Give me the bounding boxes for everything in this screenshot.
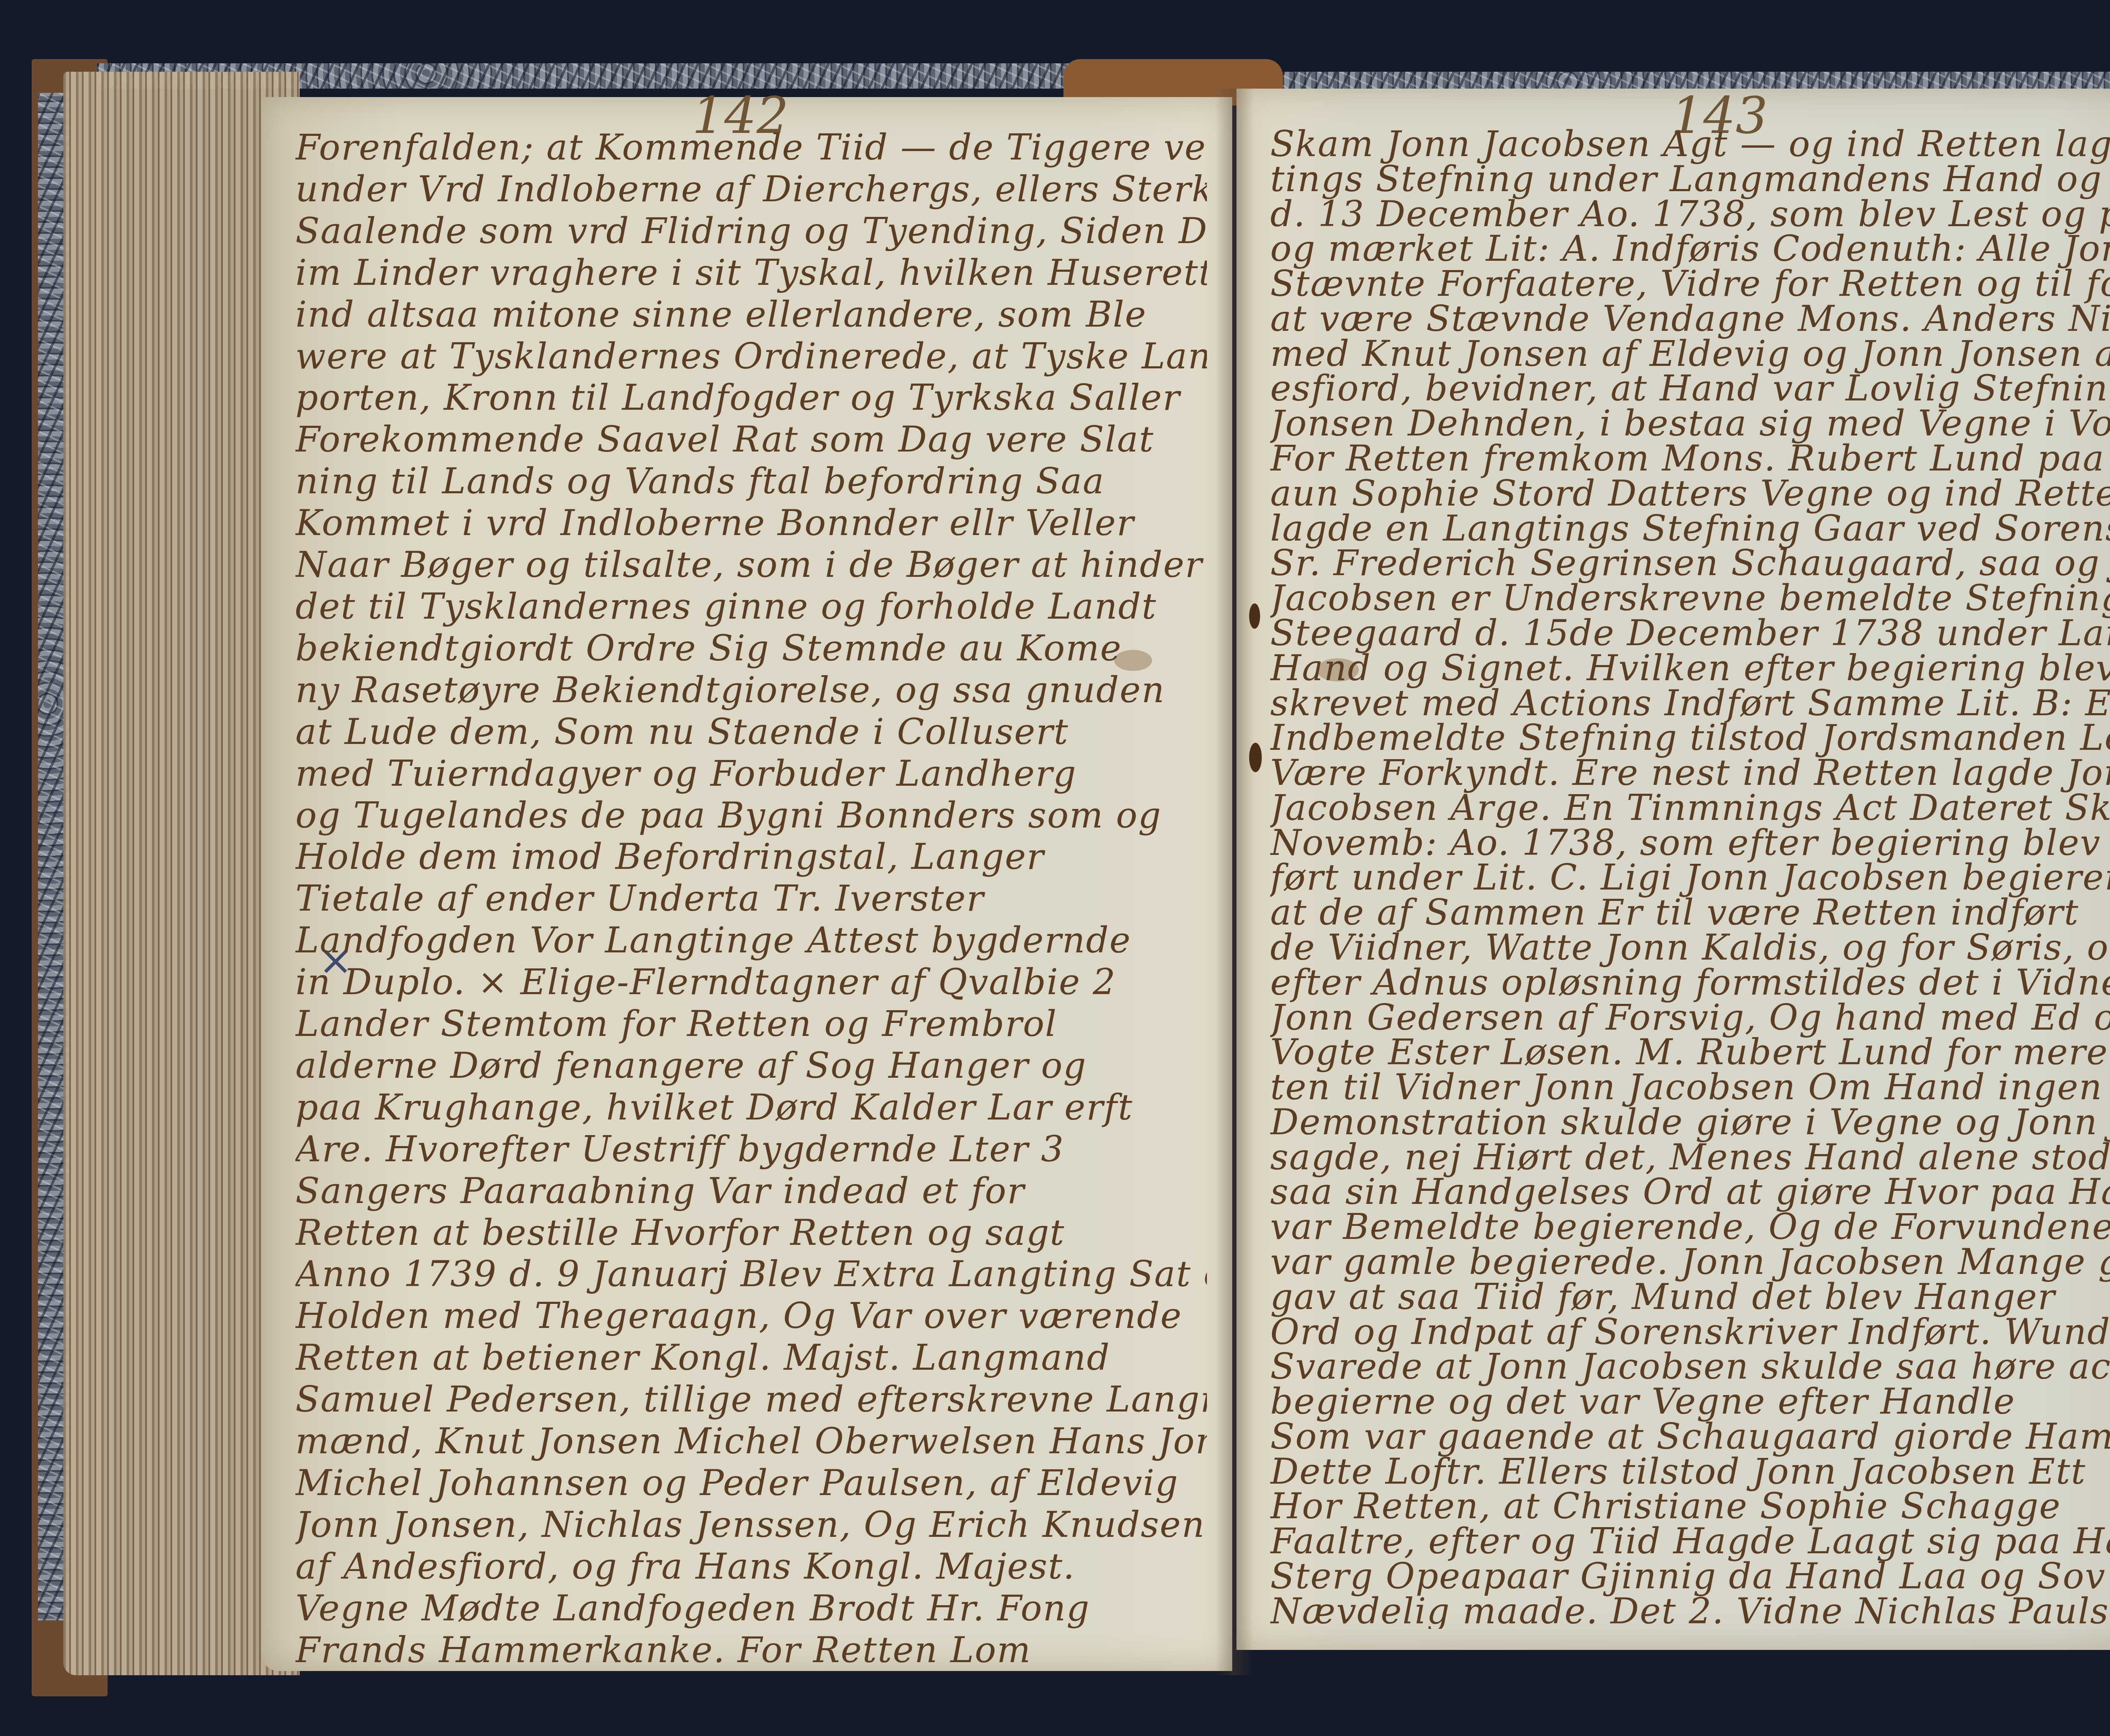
manuscript-line: det til Tysklandernes ginne og forholde … bbox=[295, 586, 1207, 627]
manuscript-line: de Viidner, Watte Jonn Kaldis, og for Sø… bbox=[1270, 930, 2110, 965]
manuscript-line: gav at saa Tiid før, Mund det blev Hange… bbox=[1270, 1279, 2110, 1314]
manuscript-line: Være Forkyndt. Ere nest ind Retten lagde… bbox=[1270, 755, 2110, 790]
manuscript-line: ten til Vidner Jonn Jacobsen Om Hand ing… bbox=[1270, 1070, 2110, 1105]
manuscript-line: og Tugelandes de paa Bygni Bonnders som … bbox=[295, 795, 1207, 836]
manuscript-line: under Vrd Indloberne af Dierchergs, elle… bbox=[295, 168, 1207, 210]
manuscript-line: mænd, Knut Jonsen Michel Oberwelsen Hans… bbox=[295, 1420, 1207, 1462]
manuscript-line: Are. Hvorefter Uestriff bygdernde Lter 3 bbox=[295, 1128, 1207, 1170]
manuscript-line: Forekommende Saavel Rat som Dag vere Sla… bbox=[295, 419, 1207, 460]
manuscript-line: Vogte Ester Løsen. M. Rubert Lund for me… bbox=[1270, 1035, 2110, 1070]
manuscript-line: tings Stefning under Langmandens Hand og… bbox=[1270, 162, 2110, 197]
manuscript-line: Jonsen Dehnden, i bestaa sig med Vegne i… bbox=[1270, 406, 2110, 441]
ink-blot bbox=[1249, 603, 1260, 629]
manuscript-line: For Retten fremkom Mons. Rubert Lund paa… bbox=[1270, 441, 2110, 476]
manuscript-line: paa Krughange, hvilket Dørd Kalder Lar e… bbox=[295, 1087, 1207, 1128]
manuscript-line: Svarede at Jonn Jacobsen skulde saa høre… bbox=[1270, 1349, 2110, 1384]
manuscript-line: Landfogden Vor Langtinge Attest bygdernd… bbox=[295, 919, 1207, 961]
book-gutter bbox=[1215, 89, 1253, 1675]
manuscript-line: Demonstration skulde giøre i Vegne og Jo… bbox=[1270, 1105, 2110, 1140]
manuscript-line: Sangers Paaraabning Var indead et for bbox=[295, 1170, 1207, 1212]
manuscript-line: Steegaard d. 15de December 1738 under La… bbox=[1270, 616, 2110, 651]
manuscript-line: Jonn Gedersen af Forsvig, Og hand med Ed… bbox=[1270, 1000, 2110, 1035]
manuscript-line: med Tuierndagyer og Forbuder Landherg bbox=[295, 753, 1207, 795]
manuscript-line: Sr. Frederich Segrinsen Schaugaard, saa … bbox=[1270, 546, 2110, 581]
manuscript-line: Nævdelig maade. Det 2. Vidne Nichlas Pau… bbox=[1270, 1594, 2110, 1629]
manuscript-line: porten, Kronn til Landfogder og Tyrkska … bbox=[295, 377, 1207, 419]
open-book: 142 143 × Forenfalden; at Kommende Tiid … bbox=[0, 0, 2110, 1736]
manuscript-line: Faaltre, efter og Tiid Hagde Laagt sig p… bbox=[1270, 1524, 2110, 1559]
manuscript-line: Stævnte Forfaatere, Vidre for Retten og … bbox=[1270, 266, 2110, 301]
manuscript-line: saa sin Handgelses Ord at giøre Hvor paa… bbox=[1270, 1174, 2110, 1209]
manuscript-line: Retten at bestille Hvorfor Retten og sag… bbox=[295, 1212, 1207, 1254]
manuscript-line: im Linder vraghere i sit Tyskal, hvilken… bbox=[295, 252, 1207, 294]
manuscript-line: ny Rasetøyre Bekiendtgiorelse, og ssa gn… bbox=[295, 669, 1207, 711]
ink-blot bbox=[1249, 743, 1262, 772]
manuscript-line: sagde, nej Hiørt det, Menes Hand alene s… bbox=[1270, 1140, 2110, 1175]
manuscript-line: Hand og Signet. Hvilken efter begiering … bbox=[1270, 651, 2110, 686]
manuscript-line: Vegne Mødte Landfogeden Brodt Hr. Fong bbox=[295, 1587, 1207, 1629]
manuscript-line: alderne Dørd fenangere af Sog Hanger og bbox=[295, 1045, 1207, 1087]
manuscript-line: Jonn Jonsen, Nichlas Jenssen, Og Erich K… bbox=[295, 1504, 1207, 1546]
manuscript-line: Lander Stemtom for Retten og Frembrol bbox=[295, 1003, 1207, 1045]
manuscript-line: Saalende som vrd Flidring og Tyending, S… bbox=[295, 210, 1207, 252]
right-page-text: Skam Jonn Jacobsen Agt — og ind Retten l… bbox=[1270, 127, 2110, 1629]
manuscript-line: Kommet i vrd Indloberne Bonnder ellr Vel… bbox=[295, 502, 1207, 544]
manuscript-line: esfiord, bevidner, at Hand var Lovlig St… bbox=[1270, 371, 2110, 406]
manuscript-line: Dette Loftr. Ellers tilstod Jonn Jacobse… bbox=[1270, 1454, 2110, 1489]
manuscript-line: Sterg Opeapaar Gjinnig da Hand Laa og So… bbox=[1270, 1559, 2110, 1594]
manuscript-line: af Andesfiord, og fra Hans Kongl. Majest… bbox=[295, 1546, 1207, 1587]
manuscript-line: med Knut Jonsen af Eldevig og Jonn Jonse… bbox=[1270, 336, 2110, 371]
manuscript-line: Holden med Thegeraagn, Og Var over væren… bbox=[295, 1295, 1207, 1337]
manuscript-line: in Duplo. × Elige-Flerndtagner af Qvalbi… bbox=[295, 961, 1207, 1003]
manuscript-line: Anno 1739 d. 9 Januarj Blev Extra Langti… bbox=[295, 1253, 1207, 1295]
manuscript-line: Indbemeldte Stefning tilstod Jordsmanden… bbox=[1270, 720, 2110, 755]
manuscript-line: Tietale af ender Underta Tr. Iverster bbox=[295, 878, 1207, 919]
left-page-text: Forenfalden; at Kommende Tiid — de Tigge… bbox=[295, 127, 1207, 1671]
manuscript-line: var gamle begierede. Jonn Jacobsen Mange… bbox=[1270, 1244, 2110, 1279]
manuscript-line: ind altsaa mitone sinne ellerlandere, so… bbox=[295, 294, 1207, 335]
manuscript-line: lagde en Langtings Stefning Gaar ved Sor… bbox=[1270, 511, 2110, 546]
manuscript-line: were at Tysklandernes Ordinerede, at Tys… bbox=[295, 335, 1207, 377]
manuscript-line: var Bemeldte begierende, Og de Forvunden… bbox=[1270, 1209, 2110, 1244]
manuscript-line: Hor Retten, at Christiane Sophie Schagge bbox=[1270, 1489, 2110, 1524]
manuscript-line: Retten at betiener Kongl. Majst. Langman… bbox=[295, 1337, 1207, 1379]
manuscript-line: d. 13 December Ao. 1738, som blev Lest o… bbox=[1270, 197, 2110, 232]
manuscript-line: begierne og det var Vegne efter Handle bbox=[1270, 1384, 2110, 1419]
manuscript-line: Som var gaaende at Schaugaard giorde Ham bbox=[1270, 1419, 2110, 1454]
manuscript-line: Skam Jonn Jacobsen Agt — og ind Retten l… bbox=[1270, 127, 2110, 162]
manuscript-line: og mærket Lit: A. Indføris Codenuth: All… bbox=[1270, 231, 2110, 266]
manuscript-line: Michel Johannsen og Peder Paulsen, af El… bbox=[295, 1462, 1207, 1504]
manuscript-line: ning til Lands og Vands ftal befordring … bbox=[295, 460, 1207, 502]
manuscript-line: ført under Lit. C. Ligi Jonn Jacobsen be… bbox=[1270, 860, 2110, 895]
manuscript-line: Holde dem imod Befordringstal, Langer bbox=[295, 836, 1207, 878]
manuscript-line: at være Stævnde Vendagne Mons. Anders Ni… bbox=[1270, 301, 2110, 336]
manuscript-line: skrevet med Actions Indført Samme Lit. B… bbox=[1270, 686, 2110, 721]
manuscript-line: Samuel Pedersen, tillige med efterskrevn… bbox=[295, 1379, 1207, 1420]
manuscript-line: at de af Sammen Er til være Retten indfø… bbox=[1270, 895, 2110, 930]
manuscript-line: Jacobsen er Underskrevne bemeldte Stefni… bbox=[1270, 581, 2110, 616]
manuscript-line: Novemb: Ao. 1738, som efter begiering bl… bbox=[1270, 825, 2110, 860]
manuscript-line: Jacobsen Arge. En Tinmnings Act Dateret … bbox=[1270, 790, 2110, 825]
manuscript-line: aun Sophie Stord Datters Vegne og ind Re… bbox=[1270, 476, 2110, 511]
manuscript-line: at Lude dem, Som nu Staende i Collusert bbox=[295, 711, 1207, 753]
manuscript-line: Frands Hammerkanke. For Retten Lom bbox=[295, 1629, 1207, 1671]
manuscript-line: efter Adnus opløsning formstildes det i … bbox=[1270, 965, 2110, 1000]
manuscript-line: Forenfalden; at Kommende Tiid — de Tigge… bbox=[295, 127, 1207, 168]
manuscript-line: bekiendtgiordt Ordre Sig Stemnde au Kome bbox=[295, 627, 1207, 669]
manuscript-line: Ord og Indpat af Sorenskriver Indført. W… bbox=[1270, 1314, 2110, 1349]
manuscript-line: Naar Bøger og tilsalte, som i de Bøger a… bbox=[295, 544, 1207, 586]
